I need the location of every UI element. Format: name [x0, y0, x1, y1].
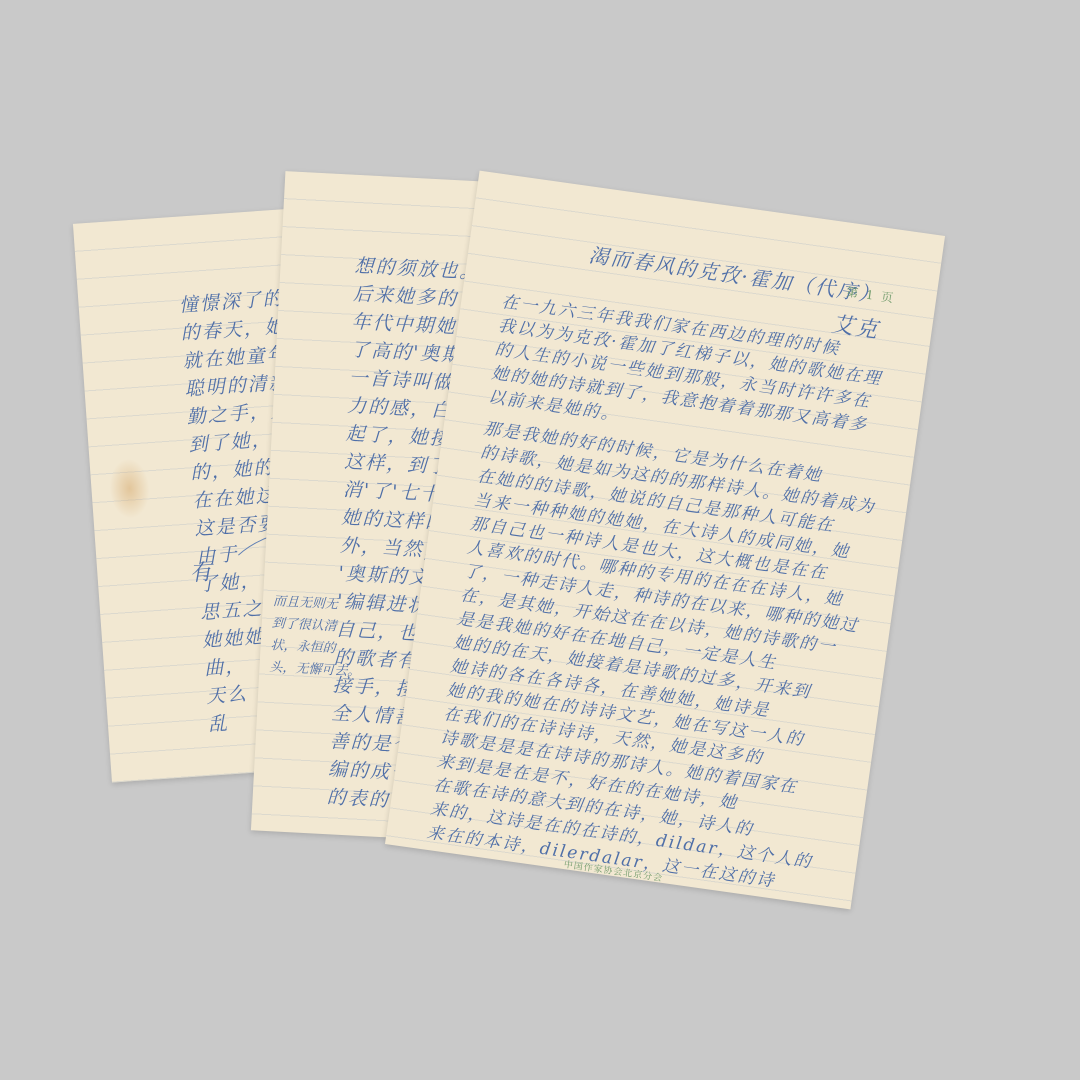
text-line: 消'了'七十	[342, 475, 442, 507]
text-line: 的表的	[326, 782, 390, 812]
manuscript-page-right: 渴而春风的克孜·霍加（代序） 第 1 页 艾克 在一九六三年我我们家在西边的理的…	[385, 171, 945, 910]
text-line: 天么	[205, 679, 249, 709]
page-right-text: 渴而春风的克孜·霍加（代序） 第 1 页 艾克 在一九六三年我我们家在西边的理的…	[385, 171, 945, 910]
text-line: 后来她多的	[353, 279, 459, 311]
margin-mark: 有	[188, 555, 214, 588]
manuscript-title: 渴而春风的克孜·霍加（代序）	[587, 239, 883, 309]
text-line: 这样，到了	[344, 447, 450, 479]
text-line: 起了，她接	[345, 419, 451, 451]
margin-note: 而且无则无 到了很认清 状，永恒的 头，无懈可去。	[269, 591, 364, 684]
text-line: 曲，	[203, 651, 247, 681]
margin-note-line: 头，无懈可去。	[269, 657, 361, 684]
text-line: 乱	[207, 708, 230, 736]
